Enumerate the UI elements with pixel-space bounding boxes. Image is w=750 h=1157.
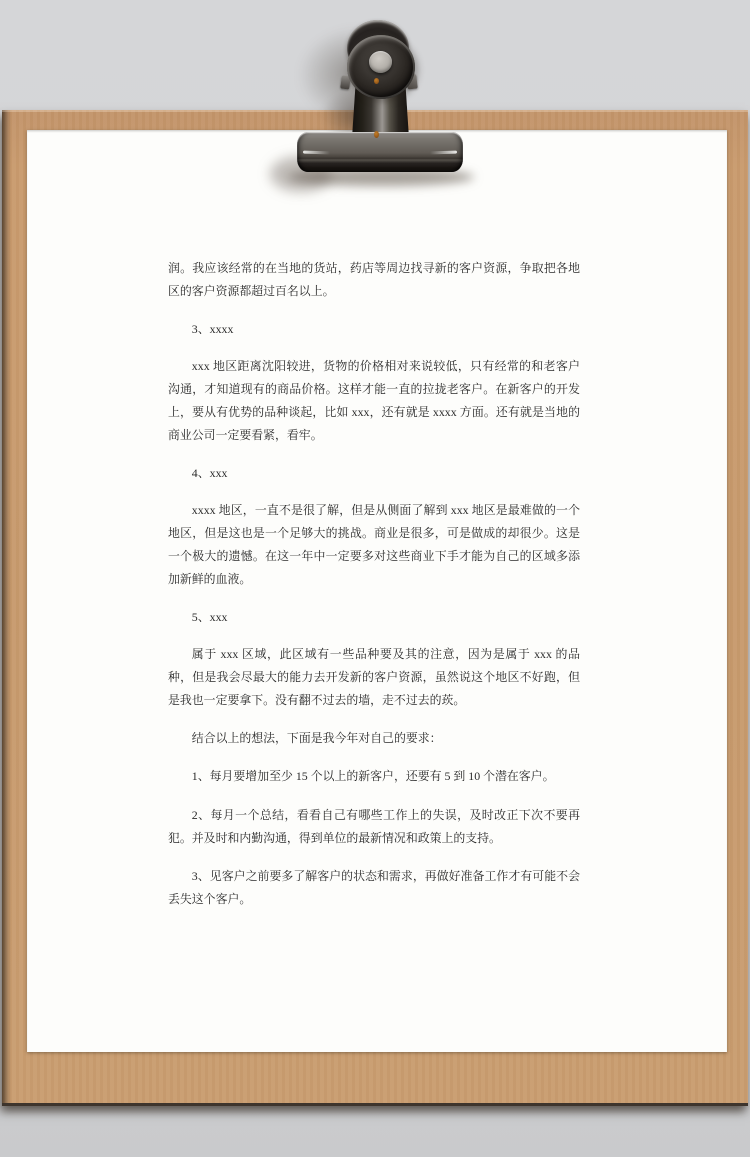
section-heading: 5、xxx — [168, 606, 580, 629]
paragraph: 结合以上的想法，下面是我今年对自己的要求： — [168, 727, 580, 750]
paragraph: xxxx 地区，一直不是很了解，但是从侧面了解到 xxx 地区是最难做的一个地区… — [168, 499, 580, 592]
list-item: 1、每月要增加至少 15 个以上的新客户，还要有 5 到 10 个潜在客户。 — [168, 765, 580, 788]
clip-reflection-dot — [374, 78, 379, 84]
list-item: 3、见客户之前要多了解客户的状态和需求，再做好准备工作才有可能不会丢失这个客户。 — [168, 865, 580, 911]
document-paper: 润。我应该经常的在当地的货站，药店等周边找寻新的客户资源，争取把各地区的客户资源… — [27, 130, 727, 1052]
clip-lever-bar — [297, 132, 463, 172]
paragraph: 属于 xxx 区域，此区域有一些品种要及其的注意，因为是属于 xxx 的品种，但… — [168, 643, 580, 713]
section-heading: 4、xxx — [168, 462, 580, 485]
document-text: 润。我应该经常的在当地的货站，药店等周边找寻新的客户资源，争取把各地区的客户资源… — [168, 130, 580, 926]
clip-reflection-dot — [374, 131, 379, 138]
list-item: 2、每月一个总结，看看自己有哪些工作上的失误，及时改正下次不要再犯。并及时和内勤… — [168, 804, 580, 850]
clipboard-photo: 润。我应该经常的在当地的货站，药店等周边找寻新的客户资源，争取把各地区的客户资源… — [0, 0, 750, 1157]
paragraph: 润。我应该经常的在当地的货站，药店等周边找寻新的客户资源，争取把各地区的客户资源… — [168, 257, 580, 303]
clip-knob-hole — [369, 51, 392, 73]
section-heading: 3、xxxx — [168, 318, 580, 341]
paragraph: xxx 地区距离沈阳较进，货物的价格相对来说较低，只有经常的和老客户沟通，才知道… — [168, 355, 580, 448]
